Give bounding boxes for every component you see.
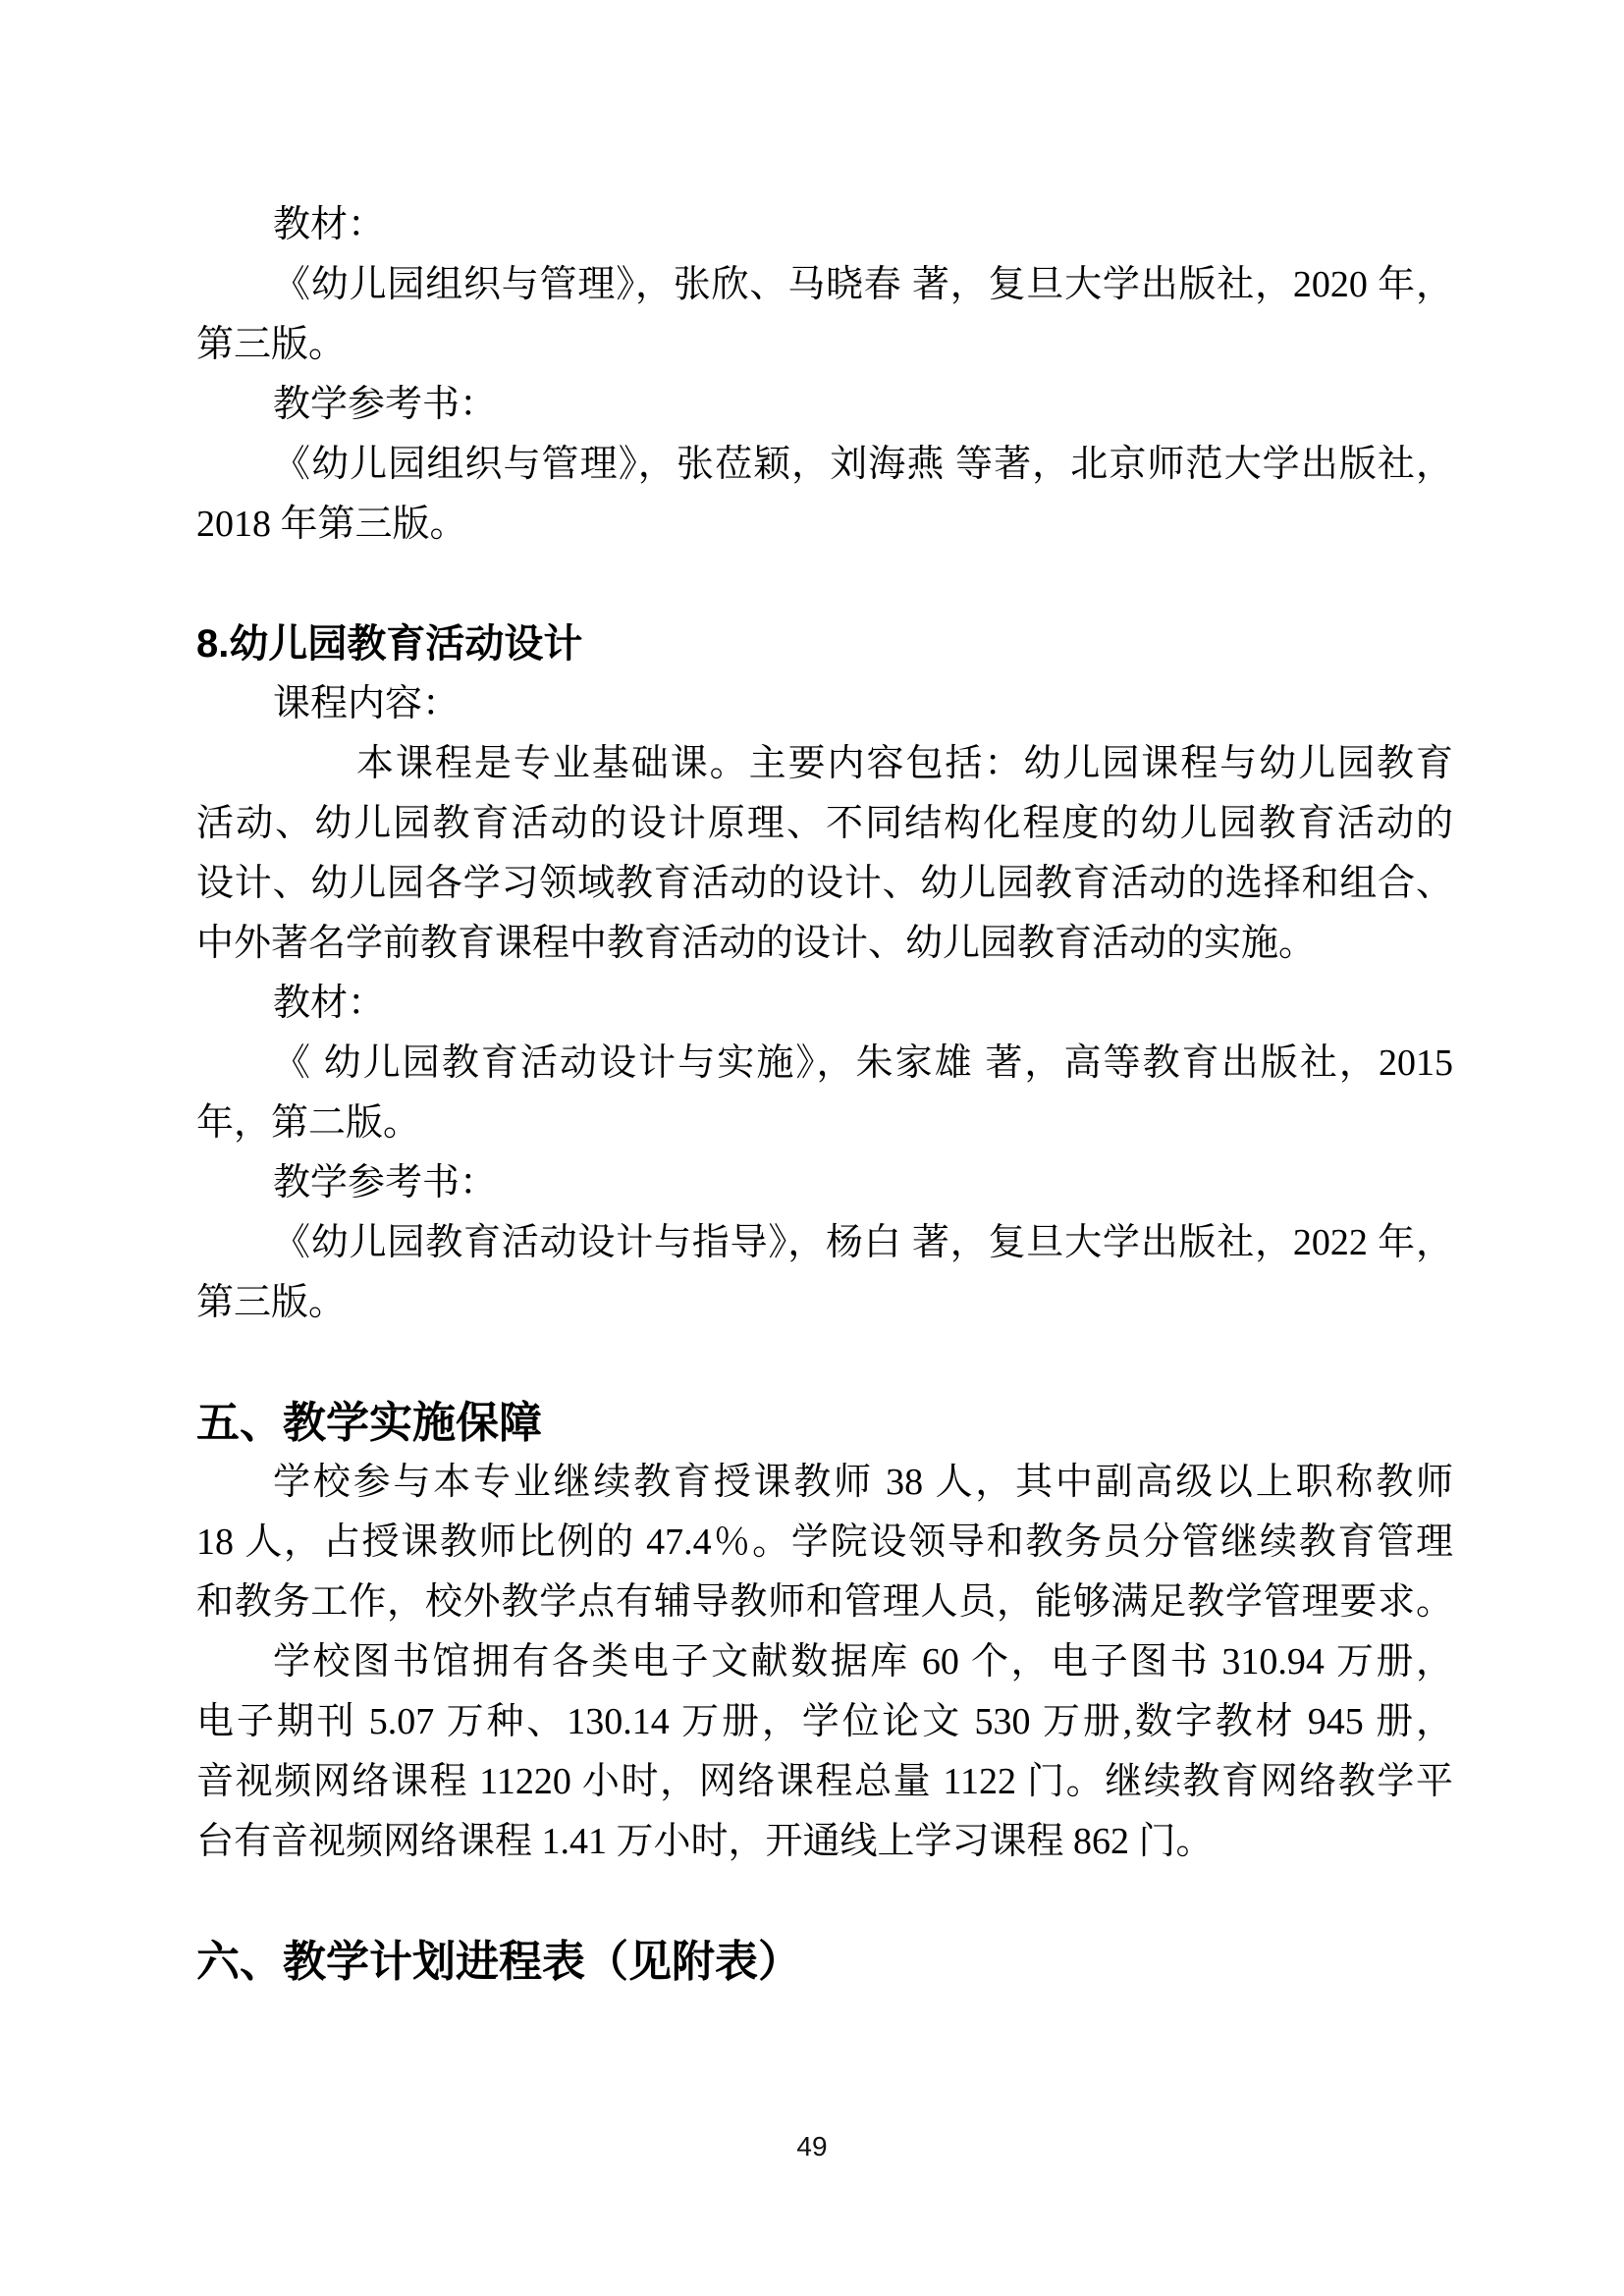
text-line-book-reference: 《幼儿园教育活动设计与指导》，杨白 著，复旦大学出版社，2022 年， xyxy=(196,1213,1453,1273)
text-line-support: 和教务工作，校外教学点有辅导教师和管理人员，能够满足教学管理要求。 xyxy=(196,1573,1453,1632)
text-line-course-description: 本课程是专业基础课。主要内容包括：幼儿园课程与幼儿园教育 xyxy=(196,734,1453,794)
text-line-book-reference-cont: 年，第二版。 xyxy=(196,1094,1453,1153)
spacer xyxy=(196,555,1453,614)
text-line-course-description: 设计、幼儿园各学习领域教育活动的设计、幼儿园教育活动的选择和组合、 xyxy=(196,854,1453,914)
section-8-heading: 8.幼儿园教育活动设计 xyxy=(196,614,1453,674)
text-line-book-reference-cont: 第三版。 xyxy=(196,1273,1453,1333)
text-line-library: 电子期刊 5.07 万种、130.14 万册，学位论文 530 万册,数字教材 … xyxy=(196,1692,1453,1752)
text-line-book-reference: 《幼儿园组织与管理》，张欣、马晓春 著，复旦大学出版社，2020 年， xyxy=(196,255,1453,315)
text-line-course-content-label: 课程内容： xyxy=(196,674,1453,734)
text-line-materials-label: 教材： xyxy=(196,974,1453,1034)
spacer xyxy=(196,1872,1453,1932)
text-line-library: 学校图书馆拥有各类电子文献数据库 60 个，电子图书 310.94 万册， xyxy=(196,1632,1453,1692)
section-6-heading: 六、教学计划进程表（见附表） xyxy=(196,1932,1453,1992)
spacer xyxy=(196,1333,1453,1393)
page-number: 49 xyxy=(0,2128,1624,2165)
text-line-book-reference: 《幼儿园组织与管理》，张莅颖，刘海燕 等著，北京师范大学出版社， xyxy=(196,435,1453,495)
text-line-refbooks-label: 教学参考书： xyxy=(196,1153,1453,1213)
text-line-materials-label: 教材： xyxy=(196,195,1453,255)
text-line-library: 台有音视频网络课程 1.41 万小时，开通线上学习课程 862 门。 xyxy=(196,1812,1453,1872)
text-line-book-reference-cont: 第三版。 xyxy=(196,315,1453,375)
text-line-refbooks-label: 教学参考书： xyxy=(196,375,1453,435)
text-line-book-reference-cont: 2018 年第三版。 xyxy=(196,495,1453,555)
section-5-heading: 五、教学实施保障 xyxy=(196,1393,1453,1453)
text-line-book-reference: 《 幼儿园教育活动设计与实施》，朱家雄 著，高等教育出版社，2015 xyxy=(196,1034,1453,1094)
page-content: 教材： 《幼儿园组织与管理》，张欣、马晓春 著，复旦大学出版社，2020 年， … xyxy=(0,0,1624,1992)
text-line-course-description: 活动、幼儿园教育活动的设计原理、不同结构化程度的幼儿园教育活动的 xyxy=(196,794,1453,854)
text-line-support: 学校参与本专业继续教育授课教师 38 人，其中副高级以上职称教师 xyxy=(196,1453,1453,1513)
text-line-support: 18 人，占授课教师比例的 47.4％。学院设领导和教务员分管继续教育管理 xyxy=(196,1513,1453,1573)
text-line-course-description: 中外著名学前教育课程中教育活动的设计、幼儿园教育活动的实施。 xyxy=(196,914,1453,974)
document-page: 教材： 《幼儿园组织与管理》，张欣、马晓春 著，复旦大学出版社，2020 年， … xyxy=(0,0,1624,2296)
text-line-library: 音视频网络课程 11220 小时，网络课程总量 1122 门。继续教育网络教学平 xyxy=(196,1752,1453,1812)
